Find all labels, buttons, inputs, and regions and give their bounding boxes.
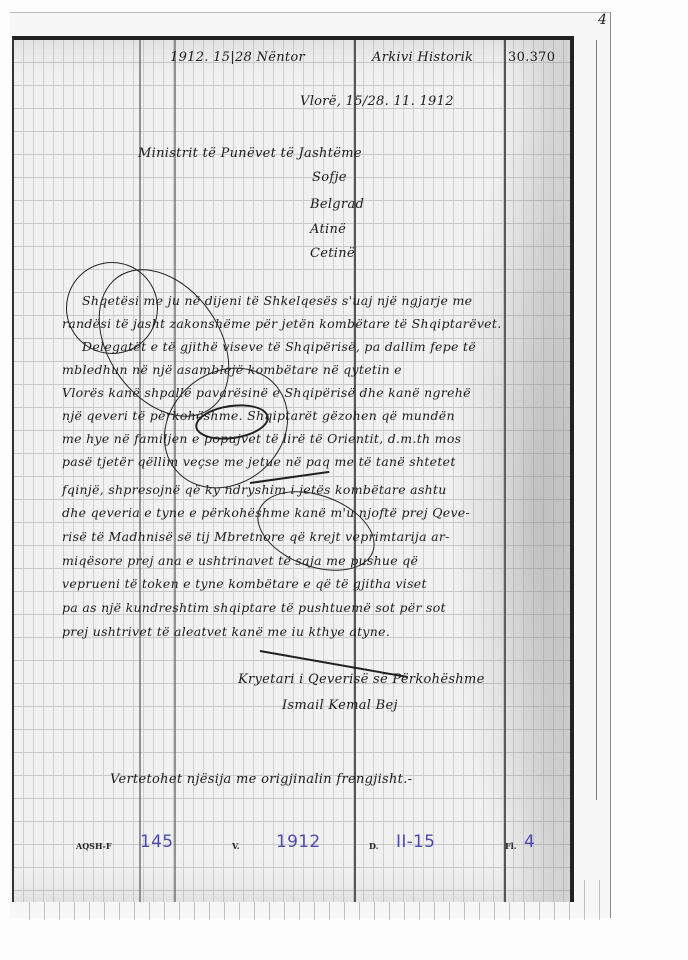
body-line: pa as një kundreshtim shqiptare të pusht… xyxy=(62,600,446,615)
body-line: fqinjë, shpresojnë që ky ndryshim i jetë… xyxy=(62,482,447,497)
place-date: Vlorë, 15/28. 11. 1912 xyxy=(300,94,454,109)
stamp-folio-value: 4 xyxy=(524,832,535,852)
header-date-note: 1912. 15|28 Nëntor xyxy=(170,50,305,65)
corner-mark: 4 xyxy=(598,12,607,28)
signature-name: Ismail Kemal Bej xyxy=(282,698,398,713)
stamp-folio-label: Fl. xyxy=(505,841,517,851)
stamp-fund-value: 145 xyxy=(140,832,173,852)
body-line: prej ushtrivet të aleatvet kanë me iu kt… xyxy=(62,624,390,639)
body-line: veprueni të token e tyne kombëtare e që … xyxy=(62,576,427,591)
body-line: risë të Madhnisë së tij Mbretnore që kre… xyxy=(62,529,450,544)
signature-title: Kryetari i Qeverisë së Përkohëshme xyxy=(238,672,485,687)
stamp-dossier-value: II-15 xyxy=(396,832,435,852)
stamp-fund-label: AQSH-F xyxy=(76,841,112,851)
addressee-city: Cetinë xyxy=(310,246,355,261)
header-archive-title: Arkivi Historik xyxy=(372,50,473,65)
addressee-city: Sofje xyxy=(312,170,347,185)
addressee-ministry: Ministrit të Punëvet të Jashtëme xyxy=(138,146,362,161)
stamp-dossier-label: D. xyxy=(369,841,378,851)
certification-note: Vertetohet njësija me origjinalin frengj… xyxy=(110,772,412,787)
torn-right-edge xyxy=(596,40,615,800)
stamp-year-value: 1912 xyxy=(276,832,320,852)
addressee-city: Belgrad xyxy=(310,197,364,212)
addressee-city: Atinë xyxy=(310,222,346,237)
header-ref-number: 30.370 xyxy=(508,50,555,65)
stamp-year-label: V. xyxy=(232,841,240,851)
